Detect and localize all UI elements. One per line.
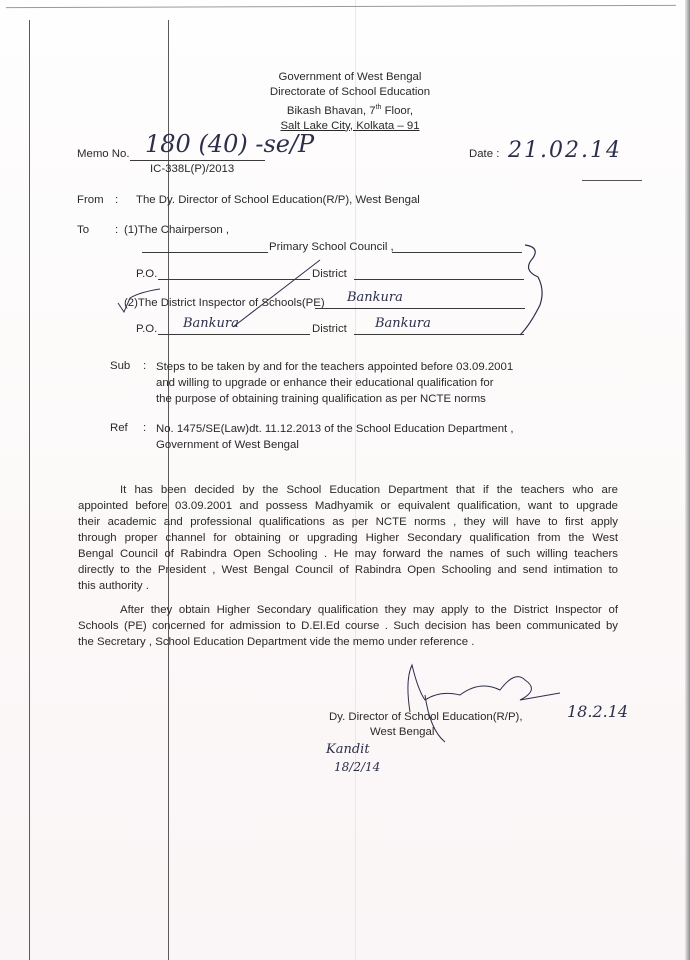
paragraph-line: Bengal Council of Rabindra Open Schoolin…	[78, 546, 618, 562]
signatory-designation: Dy. Director of School Education(R/P),	[329, 710, 523, 724]
signatory-state: West Bengal	[370, 725, 434, 739]
po-line-1	[158, 279, 310, 280]
letterhead: Government of West Bengal Directorate of…	[230, 70, 470, 134]
body-paragraph-2: After they obtain Higher Secondary quali…	[78, 602, 618, 650]
reference-text: No. 1475/SE(Law)dt. 11.12.2013 of the Sc…	[156, 421, 514, 453]
subject-colon: :	[143, 359, 146, 373]
paragraph-line: their academic and professional qualific…	[78, 514, 618, 530]
paragraph-line: this authority .	[78, 578, 618, 594]
addressee-1: (1)The Chairperson ,	[124, 223, 229, 237]
paper-right-shadow	[685, 0, 690, 960]
paragraph-line: directly to the President , West Bengal …	[78, 562, 618, 578]
memo-number-handwritten: 180 (40) -se/P	[145, 130, 314, 158]
subject-line: and willing to upgrade or enhance their …	[156, 375, 513, 391]
from-text: The Dy. Director of School Education(R/P…	[136, 193, 420, 207]
subject-text: Steps to be taken by and for the teacher…	[156, 359, 513, 407]
memo-underline	[130, 160, 265, 161]
paper-top-edge	[6, 5, 676, 8]
reference-line: Government of West Bengal	[156, 437, 514, 453]
paragraph-line: It has been decided by the School Educat…	[78, 482, 618, 498]
paper-fold	[355, 0, 356, 960]
addressee-2-handwritten: Bankura	[347, 290, 403, 305]
paragraph-line: the Secretary , School Education Departm…	[78, 634, 618, 650]
to-label: To	[77, 223, 89, 237]
date-label: Date :	[469, 147, 499, 161]
paragraph-line: Schools (PE) concerned for admission to …	[78, 618, 618, 634]
paragraph-line: appointed before 03.09.2001 and possess …	[78, 498, 618, 514]
reference-line: No. 1475/SE(Law)dt. 11.12.2013 of the Sc…	[156, 421, 514, 437]
subject-line: the purpose of obtaining training qualif…	[156, 391, 513, 407]
district-label-2: District	[312, 322, 347, 336]
po-label-1: P.O.	[136, 267, 157, 281]
memo-file-ref: IC-338L(P)/2013	[150, 162, 234, 176]
letterhead-directorate: Directorate of School Education	[230, 85, 470, 100]
signature-date-handwritten: 18.2.14	[567, 702, 628, 721]
date-handwritten: 21.02.14	[508, 138, 622, 163]
council-label: Primary School Council ,	[269, 240, 394, 254]
address-base: Bikash Bhavan, 7	[287, 105, 376, 117]
letterhead-address: Bikash Bhavan, 7th Floor,	[230, 100, 470, 119]
bracket-mark	[520, 245, 542, 335]
initials-handwritten: Kandit	[326, 742, 370, 757]
to-colon: :	[115, 223, 118, 237]
margin-line-left	[29, 20, 30, 960]
signature-scribble	[408, 665, 560, 712]
scanned-memo-page: Government of West Bengal Directorate of…	[0, 0, 690, 960]
reference-colon: :	[143, 421, 146, 435]
addressee-2: (2)The District Inspector of Schools(PE)	[124, 296, 325, 310]
initials-date-handwritten: 18/2/14	[334, 760, 380, 774]
paragraph-line: After they obtain Higher Secondary quali…	[78, 602, 618, 618]
subject-label: Sub	[110, 359, 130, 373]
district-label-1: District	[312, 267, 347, 281]
po-line-2	[158, 334, 310, 335]
reference-label: Ref	[110, 421, 128, 435]
district-line-1	[354, 279, 524, 280]
district-value-handwritten: Bankura	[375, 316, 431, 331]
council-prefix-line	[142, 252, 268, 253]
po-value-handwritten: Bankura	[183, 316, 239, 331]
address-rest: Floor,	[381, 105, 413, 117]
paragraph-line: through proper channel for obtaining or …	[78, 530, 618, 546]
letterhead-government: Government of West Bengal	[230, 70, 470, 85]
subject-line: Steps to be taken by and for the teacher…	[156, 359, 513, 375]
po-label-2: P.O.	[136, 322, 157, 336]
district-line-2	[354, 334, 524, 335]
date-dash-mark	[582, 180, 642, 181]
council-suffix-line	[392, 252, 522, 253]
addressee-2-line	[315, 308, 525, 309]
memo-label: Memo No.	[77, 147, 130, 161]
from-label: From	[77, 193, 104, 207]
strike-line	[233, 260, 320, 327]
body-paragraph-1: It has been decided by the School Educat…	[78, 482, 618, 594]
from-colon: :	[115, 193, 118, 207]
